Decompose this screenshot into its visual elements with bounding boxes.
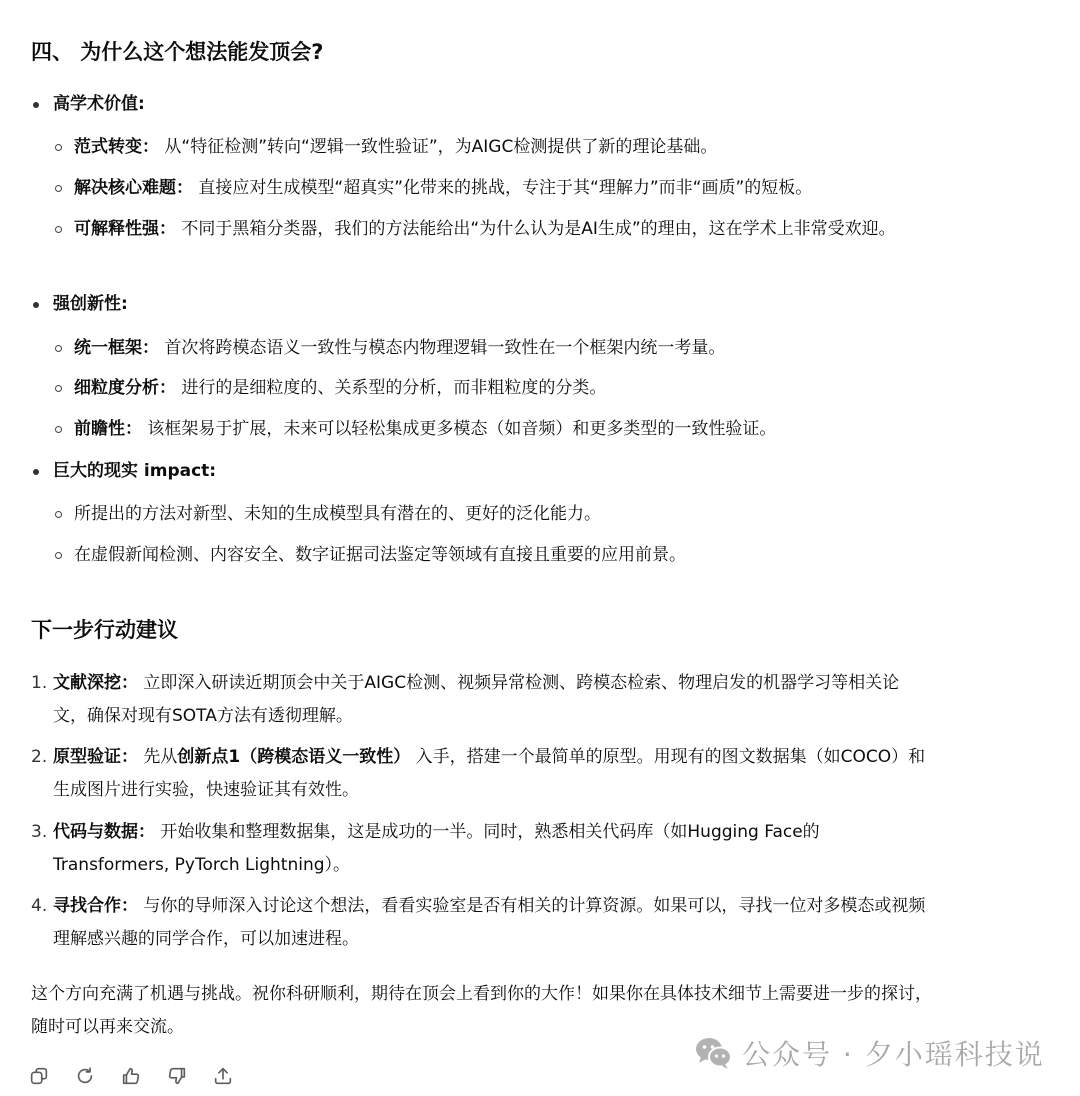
item-number: 4. — [31, 890, 47, 923]
item-number: 3. — [31, 816, 47, 849]
item-text: 从“特征检测”转向“逻辑一致性验证”，为AIGC检测提供了新的理论基础。 — [159, 137, 717, 157]
watermark: 公众号 · 夕小瑶科技说 — [694, 1034, 1045, 1072]
bullet-dot — [33, 102, 39, 108]
item-text: 不同于黑箱分类器，我们的方法能给出“为什么认为是AI生成”的理由，这在学术上非常… — [176, 219, 896, 239]
item-number: 2. — [31, 741, 47, 774]
bullet-dot — [33, 302, 39, 308]
bullet-circle — [55, 552, 62, 559]
item-bold-label: 代码与数据： — [53, 822, 155, 842]
item-bold-label: 统一框架： — [74, 338, 159, 358]
item-bold-label: 解决核心难题： — [74, 178, 193, 198]
item-bold-label: 可解释性强： — [74, 219, 176, 239]
item-bold-label: 前瞻性： — [74, 419, 142, 439]
list-item-label: 巨大的现实 impact: — [53, 455, 216, 488]
thumbs-down-icon — [166, 1065, 188, 1087]
item-bold-emphasis: 创新点1（跨模态语义一致性） — [177, 747, 410, 767]
regenerate-icon — [74, 1065, 96, 1087]
bullet-circle — [55, 226, 62, 233]
item-text: 所提出的方法对新型、未知的生成模型具有潜在的、更好的泛化能力。 — [74, 498, 934, 531]
copy-button[interactable] — [28, 1062, 74, 1090]
bullet-circle — [55, 511, 62, 518]
share-button[interactable] — [212, 1062, 258, 1090]
item-number: 1. — [31, 667, 47, 700]
section-heading: 下一步行动建议 — [31, 616, 178, 644]
thumbs-down-button[interactable] — [166, 1062, 212, 1090]
list-item-label: 强创新性: — [53, 288, 128, 321]
item-bold-label: 范式转变： — [74, 137, 159, 157]
wechat-icon — [694, 1036, 734, 1070]
message-actions — [28, 1062, 258, 1090]
bullet-circle — [55, 345, 62, 352]
item-bold-label: 寻找合作： — [53, 896, 138, 916]
item-text: 与你的导师深入讨论这个想法，看看实验室是否有相关的计算资源。如果可以，寻找一位对… — [53, 896, 925, 949]
regenerate-button[interactable] — [74, 1062, 120, 1090]
item-text: 立即深入研读近期顶会中关于AIGC检测、视频异常检测、跨模态检索、物理启发的机器… — [53, 673, 899, 726]
bullet-circle — [55, 426, 62, 433]
section-heading: 四、 为什么这个想法能发顶会? — [31, 38, 324, 66]
item-bold-label: 文献深挖： — [53, 673, 138, 693]
item-text: 先从 — [138, 747, 177, 767]
item-text: 首次将跨模态语义一致性与模态内物理逻辑一致性在一个框架内统一考量。 — [159, 338, 725, 358]
watermark-text: 公众号 · 夕小瑶科技说 — [742, 1033, 1045, 1073]
item-text: 该框架易于扩展，未来可以轻松集成更多模态（如音频）和更多类型的一致性验证。 — [142, 419, 776, 439]
item-text: 直接应对生成模型“超真实”化带来的挑战，专注于其“理解力”而非“画质”的短板。 — [193, 178, 812, 198]
bullet-circle — [55, 385, 62, 392]
item-bold-label: 原型验证： — [53, 747, 138, 767]
list-item-label: 高学术价值: — [53, 88, 145, 121]
item-text: 在虚假新闻检测、内容安全、数字证据司法鉴定等领域有直接且重要的应用前景。 — [74, 539, 934, 572]
thumbs-up-icon — [120, 1065, 142, 1087]
share-icon — [212, 1065, 234, 1087]
bullet-circle — [55, 185, 62, 192]
bullet-circle — [55, 144, 62, 151]
bullet-dot — [33, 469, 39, 475]
item-text: 进行的是细粒度的、关系型的分析，而非粗粒度的分类。 — [176, 378, 606, 398]
copy-icon — [28, 1065, 50, 1087]
item-bold-label: 细粒度分析： — [74, 378, 176, 398]
thumbs-up-button[interactable] — [120, 1062, 166, 1090]
item-text: 开始收集和整理数据集，这是成功的一半。同时，熟悉相关代码库（如Hugging F… — [53, 822, 820, 875]
